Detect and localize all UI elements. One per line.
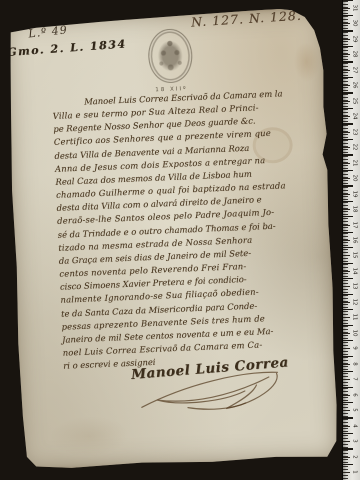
ruler-tick-icon [343,325,353,326]
archive-photo-scene: L.º 49 Gmo. 2. L. 1834 N. 127. N. 128. 1… [0,0,360,480]
ruler-tick-icon [343,101,350,102]
ruler-cm-cell: 24 [343,108,360,123]
ruler-cm-cell: 14 [343,263,360,278]
ruler-number: 9 [352,345,357,352]
ruler-cm-cell: 13 [343,279,360,294]
ruler-number: 3 [352,438,357,445]
ruler-tick-icon [343,371,353,372]
ruler-tick-icon [343,395,350,396]
ruler-cm-cell: 16 [343,232,360,247]
ruler-tick-icon [343,457,350,458]
ruler-number: 15 [352,252,357,259]
ruler-tick-icon [343,464,353,465]
ruler-scale: 3130292827262524232221201918171615141312… [343,0,360,480]
ruler-tick-icon [343,123,353,124]
ruler-number: 18 [352,206,357,213]
ruler-cm-cell: 2 [343,449,360,464]
ruler-tick-icon [343,54,350,55]
ruler-cm-cell: 25 [343,93,360,108]
ruler-number: 11 [352,314,357,321]
measurement-ruler: 3130292827262524232221201918171615141312… [342,0,360,480]
ruler-number: 28 [352,51,357,58]
ruler-cm-cell: 4 [343,418,360,433]
ruler-tick-icon [343,15,353,16]
ruler-cm-cell: 20 [343,170,360,185]
ruler-tick-icon [343,387,353,388]
ruler-cm-cell: 19 [343,186,360,201]
ruler-number: 7 [352,376,357,383]
ruler-tick-icon [343,194,350,195]
ruler-number: 29 [352,35,357,42]
ruler-cm-cell: 3 [343,434,360,449]
ruler-number: 23 [352,128,357,135]
ruler-number: 2 [352,453,357,460]
ruler-tick-icon [343,356,353,357]
ruler-tick-icon [343,116,350,117]
ruler-number: 1 [352,469,357,476]
ruler-tick-icon [343,225,350,226]
ruler-cm-cell: 11 [343,310,360,325]
ruler-tick-icon [343,255,350,256]
ruler-number: 10 [352,330,357,337]
ruler-tick-icon [343,46,353,47]
manuscript-body: Manoel Luis Correa Escrivaõ da Camara em… [52,86,317,373]
ruler-cm-cell: 15 [343,248,360,263]
ruler-tick-icon [343,139,353,140]
ruler-tick-icon [343,309,353,310]
book-number-annotation: L.º 49 [28,23,69,40]
ruler-cm-cell: 29 [343,31,360,46]
ruler-tick-icon [343,317,350,318]
ruler-number: 17 [352,221,357,228]
ruler-number: 25 [352,97,357,104]
ruler-tick-icon [343,77,353,78]
ruler-tick-icon [343,232,353,233]
ruler-tick-icon [343,70,350,71]
ruler-number: 26 [352,82,357,89]
ruler-number: 27 [352,66,357,73]
ruler-number: 6 [352,391,357,398]
manuscript-paper: L.º 49 Gmo. 2. L. 1834 N. 127. N. 128. 1… [4,7,340,470]
ruler-number: 5 [352,407,357,414]
ruler-tick-icon [343,417,353,418]
ruler-number: 13 [352,283,357,290]
ruler-tick-icon [343,8,350,9]
ruler-number: 12 [352,299,357,306]
ruler-cm-cell: 28 [343,46,360,61]
ruler-number: 19 [352,190,357,197]
ruler-tick-icon [343,278,353,279]
ruler-cm-cell: 27 [343,62,360,77]
paper-stain [293,41,320,82]
ruler-tick-icon [343,209,350,210]
ruler-tick-icon [343,85,350,86]
ruler-tick-icon [343,448,353,449]
ruler-cm-cell: 9 [343,341,360,356]
ruler-tick-icon [343,178,350,179]
ruler-tick-icon [343,30,353,31]
ruler-tick-icon [343,247,353,248]
ruler-tick-icon [343,472,350,473]
ruler-tick-icon [343,132,350,133]
ruler-number: 14 [352,268,357,275]
ruler-tick-icon [343,163,350,164]
ruler-number: 31 [352,4,357,11]
ruler-cm-cell: 6 [343,387,360,402]
ruler-number: 24 [352,113,357,120]
ruler-tick-icon [343,23,350,24]
ruler-tick-icon [343,201,353,202]
ruler-cm-cell: 22 [343,139,360,154]
ruler-tick-icon [343,39,350,40]
ruler-cm-cell: 1 [343,465,360,480]
ruler-tick-icon [343,302,350,303]
paper-stain [48,415,129,458]
ruler-cm-cell: 26 [343,77,360,92]
ruler-cm-cell: 12 [343,294,360,309]
folio-numbers-annotation: N. 127. N. 128. [191,8,303,30]
ruler-tick-icon [343,61,353,62]
ruler-tick-icon [343,108,353,109]
ruler-cm-cell: 7 [343,372,360,387]
ruler-number: 16 [352,237,357,244]
ruler-tick-icon [343,426,350,427]
ruler-cm-cell: 23 [343,124,360,139]
paper-seal: 18 XIIº [143,28,197,96]
ruler-tick-icon [343,185,353,186]
ruler-cm-cell: 30 [343,15,360,30]
ruler-tick-icon [343,340,353,341]
ruler-tick-icon [343,441,350,442]
ruler-number: 22 [352,144,357,151]
ruler-number: 8 [352,360,357,367]
ruler-cm-cell: 17 [343,217,360,232]
ruler-cm-cell: 5 [343,403,360,418]
ruler-tick-icon [343,147,350,148]
ruler-tick-icon [343,333,350,334]
ruler-tick-icon [343,379,350,380]
ruler-cm-cell: 10 [343,325,360,340]
ruler-tick-icon [343,286,350,287]
ruler-cm-cell: 21 [343,155,360,170]
ruler-tick-icon [343,294,353,295]
ruler-tick-icon [343,348,350,349]
ruler-tick-icon [343,170,353,171]
ruler-tick-icon [343,271,350,272]
ruler-tick-icon [343,410,350,411]
ruler-tick-icon [343,402,353,403]
ruler-tick-icon [343,216,353,217]
ruler-tick-icon [343,364,350,365]
ruler-tick-icon [343,263,353,264]
ruler-cm-cell: 18 [343,201,360,216]
royal-arms-seal-icon [147,28,193,84]
ruler-tick-icon [343,433,353,434]
ruler-number: 20 [352,175,357,182]
ruler-tick-icon [343,154,353,155]
ruler-tick-icon [343,0,353,1]
ruler-cm-cell: 31 [343,0,360,15]
ruler-cm-cell: 8 [343,356,360,371]
ruler-number: 4 [352,422,357,429]
archivist-date-rubric: Gmo. 2. L. 1834 [7,37,127,59]
ruler-number: 30 [352,20,357,27]
ruler-number: 21 [352,159,357,166]
ruler-tick-icon [343,92,353,93]
ruler-tick-icon [343,240,350,241]
